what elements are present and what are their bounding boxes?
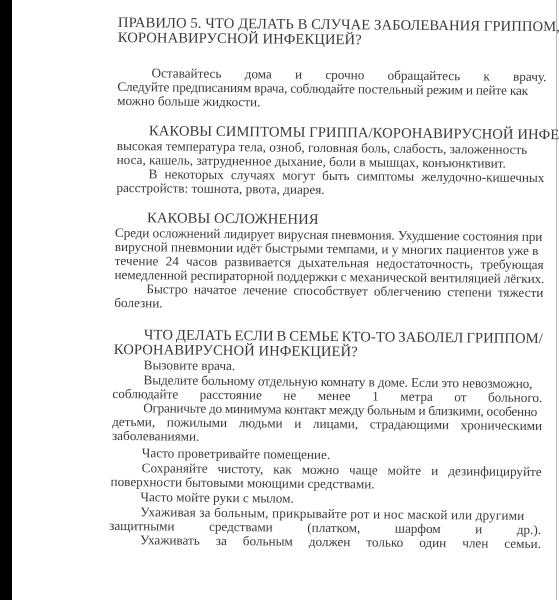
word: больным [243, 534, 293, 548]
word: Ухаживать [140, 533, 200, 548]
word: к [483, 69, 490, 83]
word: быть [322, 169, 349, 183]
word: тяжести [498, 286, 544, 300]
word: людьми [239, 416, 283, 430]
word: облегчению [374, 284, 441, 299]
word: должен [309, 535, 351, 549]
rule5-heading-line2: КОРОНАВИРУСНОЙ ИНФЕКЦИЕЙ? [118, 31, 362, 47]
word: один [419, 536, 446, 550]
word: страдающими [370, 417, 449, 432]
word: и [295, 68, 302, 82]
word: ЕСЛИ [234, 329, 273, 343]
family-item3-line3: заболеваниями. [112, 429, 200, 444]
rule5-para-line3: можно больше жидкости. [117, 94, 260, 109]
word: и [294, 417, 301, 431]
word: и [475, 522, 482, 536]
symptoms-line4: расстройств: тошнота, рвота, диарея. [116, 181, 324, 197]
family-item6: Часто мойте руки с мылом. [140, 490, 294, 505]
family-item1: Вызовите врача. [144, 358, 236, 373]
word: от [454, 390, 466, 404]
word: начатое [194, 283, 237, 297]
word: только [366, 535, 403, 549]
word: желудочно-кишечных [421, 170, 544, 185]
word: способствует [293, 284, 368, 299]
word: семьи. [504, 537, 541, 551]
word: дезинфицируйте [448, 464, 542, 479]
word: ДЕЛАТЬ [176, 329, 232, 344]
word: член [462, 536, 488, 550]
word: В [277, 330, 287, 344]
family-item8: Ухаживатьзабольнымдолжентолькоодинчленсе… [140, 533, 541, 551]
complications-line6: болезни. [114, 296, 162, 310]
word: СЕМЬЕ [289, 330, 339, 344]
word: 24 [166, 254, 179, 268]
word: и [431, 464, 438, 478]
word: 1 [372, 389, 379, 403]
word: ГРИППОМ/ [466, 331, 543, 346]
word: степени [447, 285, 492, 299]
scanned-document-page: ПРАВИЛО 5. ЧТО ДЕЛАТЬ В СЛУЧАЕ ЗАБОЛЕВАН… [0, 0, 559, 600]
word: В [148, 167, 157, 181]
word: не [283, 389, 296, 403]
word: за [216, 534, 227, 548]
word: мойте [388, 464, 422, 478]
word: хроническими [461, 418, 543, 433]
word: симптомы [357, 169, 415, 184]
word: лечение [243, 283, 288, 297]
word: ЗАБОЛЕЛ [398, 331, 463, 346]
word: лицами, [313, 417, 358, 431]
word: КТО-ТО [342, 330, 396, 345]
word: ЧТО [144, 328, 173, 342]
complications-line5: Быстроначатоелечениеспособствуетоблегчен… [146, 282, 543, 300]
